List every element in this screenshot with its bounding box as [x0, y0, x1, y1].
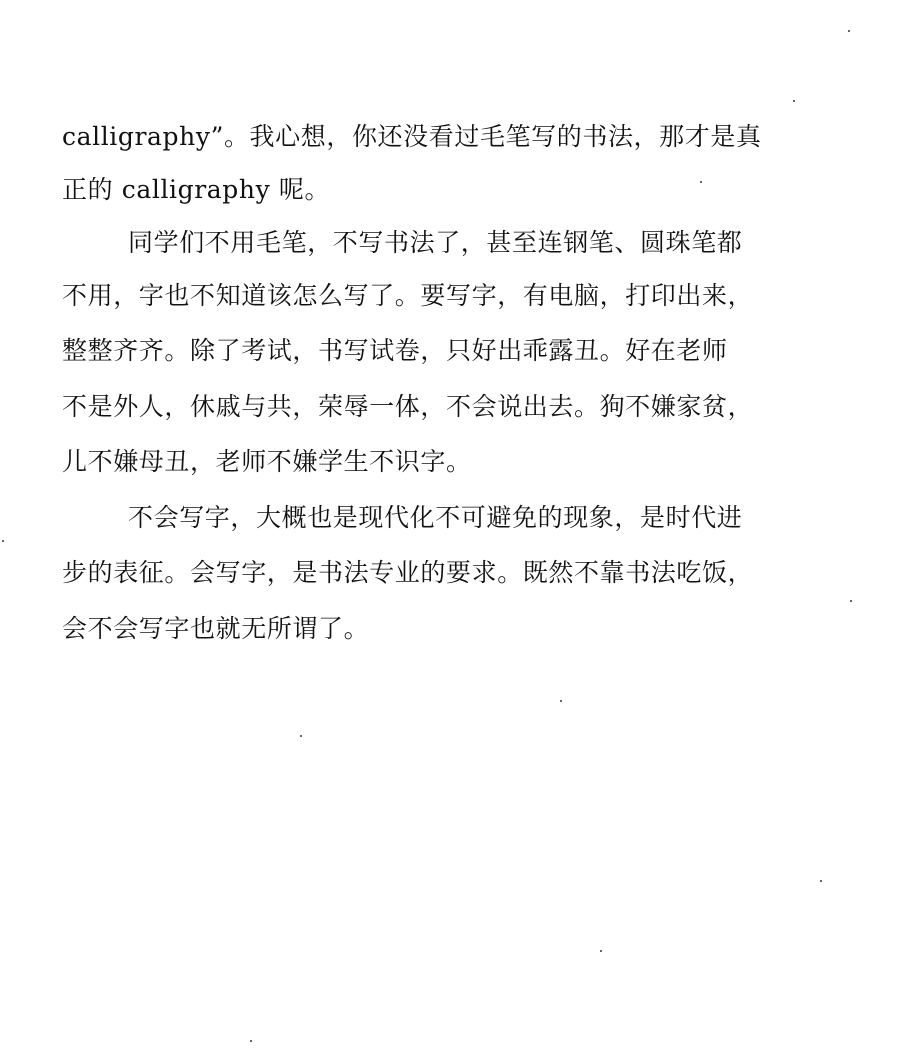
scanned-book-page: calligraphy”。我心想，你还没看过毛笔写的书法，那才是真 正的 cal…	[0, 0, 904, 1051]
text-line: 整整齐齐。除了考试，书写试卷，只好出乖露丑。好在老师	[62, 336, 728, 366]
text-line-indented: 同学们不用毛笔，不写书法了，甚至连钢笔、圆珠笔都	[128, 228, 742, 258]
text-line: 步的表征。会写字，是书法专业的要求。既然不靠书法吃饭，	[62, 558, 753, 588]
text-line: 会不会写字也就无所谓了。	[62, 614, 369, 644]
scan-speck	[300, 735, 302, 737]
text-line: 不是外人，休戚与共，荣辱一体，不会说出去。狗不嫌家贫，	[62, 392, 753, 422]
scan-speck	[820, 880, 822, 882]
scan-speck	[560, 700, 562, 702]
scan-speck	[2, 540, 4, 542]
scan-speck	[600, 950, 602, 952]
text-line: 正的 calligraphy 呢。	[62, 175, 330, 205]
text-line-indented: 不会写字，大概也是现代化不可避免的现象，是时代进	[128, 503, 742, 533]
text-line: 不用，字也不知道该怎么写了。要写字，有电脑，打印出来，	[62, 281, 753, 311]
scan-speck	[850, 600, 852, 602]
text-line: calligraphy”。我心想，你还没看过毛笔写的书法，那才是真	[62, 122, 762, 152]
scan-speck	[848, 30, 850, 32]
scan-speck	[250, 1040, 252, 1042]
text-line: 儿不嫌母丑，老师不嫌学生不识字。	[62, 447, 472, 477]
scan-speck	[700, 181, 702, 183]
scan-speck	[793, 100, 795, 102]
